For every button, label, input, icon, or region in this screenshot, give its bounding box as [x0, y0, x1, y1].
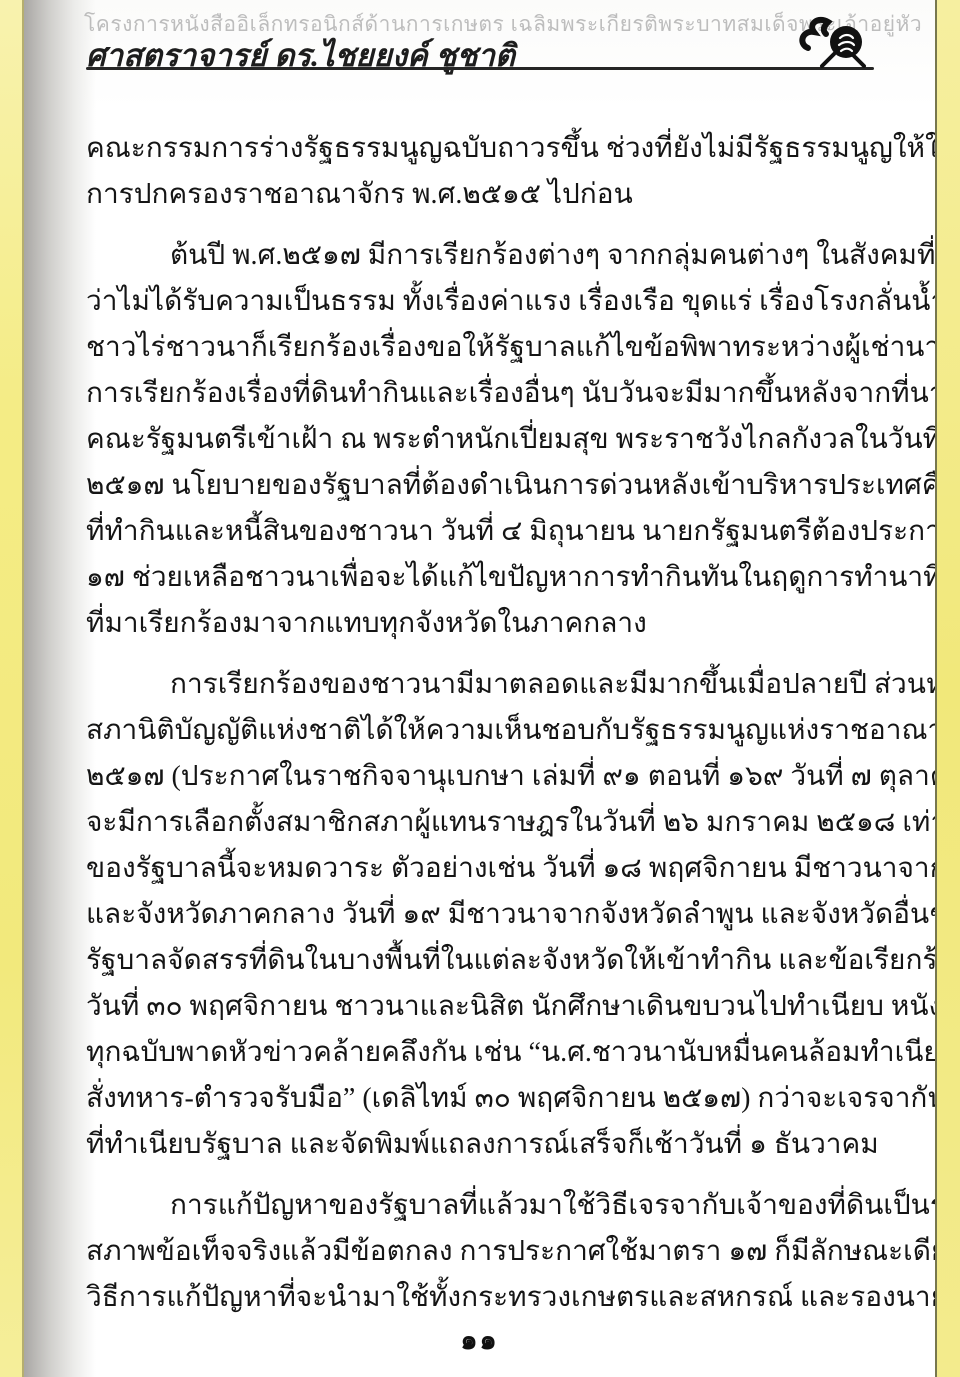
scanned-page: โครงการหนังสืออิเล็กทรอนิกส์ด้านการเกษตร…: [24, 0, 935, 1377]
text-line: ๒๕๑๗ (ประกาศในราชกิจจานุเบกษา เล่มที่ ๙๑…: [86, 754, 888, 800]
ink-flourish-icon: [794, 14, 880, 72]
text-line: ชาวไร่ชาวนาก็เรียกร้องเรื่องขอให้รัฐบาลแ…: [86, 325, 888, 371]
document-body: คณะกรรมการร่างรัฐธรรมนูญฉบับถาวรขึ้น ช่ว…: [86, 126, 888, 1321]
text-line: ทุกฉบับพาดหัวข่าวคล้ายคลึงกัน เช่น “น.ศ.…: [86, 1030, 888, 1076]
paragraph: ต้นปี พ.ศ.๒๕๑๗ มีการเรียกร้องต่างๆ จากกล…: [86, 233, 888, 647]
text-line: การแก้ปัญหาของรัฐบาลที่แล้วมาใช้วิธีเจรจ…: [86, 1183, 888, 1229]
paragraph: คณะกรรมการร่างรัฐธรรมนูญฉบับถาวรขึ้น ช่ว…: [86, 126, 888, 218]
text-line: สั่งทหาร-ตำรวจรับมือ” (เดลิไทม์ ๓๐ พฤศจิ…: [86, 1076, 888, 1122]
text-line: ๑๗ ช่วยเหลือชาวนาเพื่อจะได้แก้ไขปัญหาการ…: [86, 555, 888, 601]
left-border-strip: [0, 0, 24, 1377]
text-line: และจังหวัดภาคกลาง วันที่ ๑๙ มีชาวนาจากจั…: [86, 892, 888, 938]
text-line: วิธีการแก้ปัญหาที่จะนำมาใช้ทั้งกระทรวงเก…: [86, 1275, 888, 1321]
page-number: ๑๑: [24, 1318, 935, 1361]
text-line: ที่มาเรียกร้องมาจากแทบทุกจังหวัดในภาคกลา…: [86, 601, 888, 647]
text-line: ของรัฐบาลนี้จะหมดวาระ ตัวอย่างเช่น วันที…: [86, 846, 888, 892]
text-line: คณะกรรมการร่างรัฐธรรมนูญฉบับถาวรขึ้น ช่ว…: [86, 126, 888, 172]
text-line: คณะรัฐมนตรีเข้าเฝ้า ณ พระตำหนักเปี่ยมสุข…: [86, 417, 888, 463]
text-line: ที่ทำเนียบรัฐบาล และจัดพิมพ์แถลงการณ์เสร…: [86, 1122, 888, 1168]
text-line: วันที่ ๓๐ พฤศจิกายน ชาวนาและนิสิต นักศึก…: [86, 984, 888, 1030]
paragraph: การแก้ปัญหาของรัฐบาลที่แล้วมาใช้วิธีเจรจ…: [86, 1183, 888, 1321]
text-line: การปกครองราชอาณาจักร พ.ศ.๒๕๑๕ ไปก่อน: [86, 172, 888, 218]
running-title-author: ศาสตราจารย์ ดร.ไชยยงค์ ชูชาติ: [86, 30, 515, 80]
text-line: ที่ทำกินและหนี้สินของชาวนา วันที่ ๔ มิถุ…: [86, 509, 888, 555]
text-line: สภานิติบัญญัติแห่งชาติได้ให้ความเห็นชอบก…: [86, 708, 888, 754]
text-line: ๒๕๑๗ นโยบายของรัฐบาลที่ต้องดำเนินการด่วน…: [86, 463, 888, 509]
text-line: สภาพข้อเท็จจริงแล้วมีข้อตกลง การประกาศใช…: [86, 1229, 888, 1275]
text-line: การเรียกร้องเรื่องที่ดินทำกินและเรื่องอื…: [86, 371, 888, 417]
paragraph: การเรียกร้องของชาวนามีมาตลอดและมีมากขึ้น…: [86, 662, 888, 1168]
right-border-strip: [935, 0, 960, 1377]
header-rule: [86, 67, 874, 70]
text-line: รัฐบาลจัดสรรที่ดินในบางพื้นที่ในแต่ละจัง…: [86, 938, 888, 984]
text-line: ต้นปี พ.ศ.๒๕๑๗ มีการเรียกร้องต่างๆ จากกล…: [86, 233, 888, 279]
text-line: ว่าไม่ได้รับความเป็นธรรม ทั้งเรื่องค่าแร…: [86, 279, 888, 325]
text-line: จะมีการเลือกตั้งสมาชิกสภาผู้แทนราษฎรในวั…: [86, 800, 888, 846]
text-line: การเรียกร้องของชาวนามีมาตลอดและมีมากขึ้น…: [86, 662, 888, 708]
